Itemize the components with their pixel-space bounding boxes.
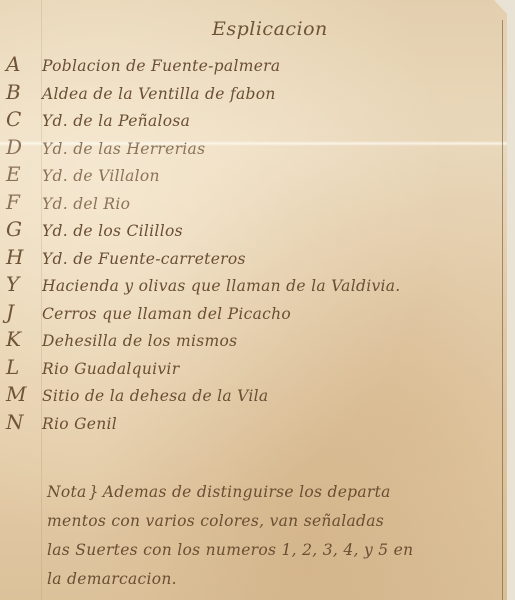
legend-letter: E bbox=[0, 162, 42, 186]
note-line: Nota}Ademas de distinguirse los departa bbox=[47, 478, 487, 507]
legend-entry: G Yd. de los Cilillos bbox=[0, 217, 500, 245]
legend-text: Yd. de Fuente-carreteros bbox=[42, 250, 246, 268]
legend-text: Hacienda y olivas que llaman de la Valdi… bbox=[42, 277, 401, 295]
legend-letter: G bbox=[0, 217, 42, 241]
legend-text: Yd. de los Cilillos bbox=[42, 222, 183, 240]
legend-entry: L Rio Guadalquivir bbox=[0, 355, 500, 383]
manuscript-page: Esplicacion A Poblacion de Fuente-palmer… bbox=[0, 0, 508, 600]
note-line: la demarcacion. bbox=[47, 565, 487, 594]
legend-text: Poblacion de Fuente-palmera bbox=[42, 57, 280, 75]
legend-text: Yd. del Rio bbox=[42, 195, 130, 213]
legend-letter: M bbox=[0, 382, 42, 406]
note-line: mentos con varios colores, van señaladas bbox=[47, 507, 487, 536]
legend-entry: J Cerros que llaman del Picacho bbox=[0, 300, 500, 328]
legend-entry: K Dehesilla de los mismos bbox=[0, 327, 500, 355]
paper-edge bbox=[502, 20, 503, 600]
legend-text: Rio Genil bbox=[42, 415, 117, 433]
note-text: Ademas de distinguirse los departa bbox=[103, 483, 391, 501]
legend-entry: E Yd. de Villalon bbox=[0, 162, 500, 190]
legend-text: Sitio de la dehesa de la Vila bbox=[42, 387, 268, 405]
legend-list: A Poblacion de Fuente-palmera B Aldea de… bbox=[0, 52, 500, 437]
legend-letter: Y bbox=[0, 272, 42, 296]
note-block: Nota}Ademas de distinguirse los departa … bbox=[47, 478, 487, 594]
note-label: Nota bbox=[47, 483, 87, 501]
legend-letter: H bbox=[0, 245, 42, 269]
legend-text: Aldea de la Ventilla de fabon bbox=[42, 85, 276, 103]
legend-entry: M Sitio de la dehesa de la Vila bbox=[0, 382, 500, 410]
legend-letter: D bbox=[0, 135, 42, 159]
legend-entry: N Rio Genil bbox=[0, 410, 500, 438]
legend-entry: C Yd. de la Peñalosa bbox=[0, 107, 500, 135]
document-title: Esplicacion bbox=[212, 18, 328, 40]
legend-text: Yd. de la Peñalosa bbox=[42, 112, 190, 130]
legend-entry: H Yd. de Fuente-carreteros bbox=[0, 245, 500, 273]
legend-letter: C bbox=[0, 107, 42, 131]
legend-entry: B Aldea de la Ventilla de fabon bbox=[0, 80, 500, 108]
legend-text: Cerros que llaman del Picacho bbox=[42, 305, 291, 323]
legend-text: Yd. de las Herrerias bbox=[42, 140, 205, 158]
legend-letter: N bbox=[0, 410, 42, 434]
legend-text: Rio Guadalquivir bbox=[42, 360, 179, 378]
legend-entry: A Poblacion de Fuente-palmera bbox=[0, 52, 500, 80]
legend-entry: D Yd. de las Herrerias bbox=[0, 135, 500, 163]
legend-letter: L bbox=[0, 355, 42, 379]
note-line: las Suertes con los numeros 1, 2, 3, 4, … bbox=[47, 536, 487, 565]
legend-letter: K bbox=[0, 327, 42, 351]
legend-letter: F bbox=[0, 190, 42, 214]
legend-text: Dehesilla de los mismos bbox=[42, 332, 237, 350]
legend-text: Yd. de Villalon bbox=[42, 167, 160, 185]
legend-letter: B bbox=[0, 80, 42, 104]
note-brace: } bbox=[89, 483, 99, 501]
legend-letter: A bbox=[0, 52, 42, 76]
legend-entry: F Yd. del Rio bbox=[0, 190, 500, 218]
legend-entry: Y Hacienda y olivas que llaman de la Val… bbox=[0, 272, 500, 300]
legend-letter: J bbox=[0, 300, 42, 324]
